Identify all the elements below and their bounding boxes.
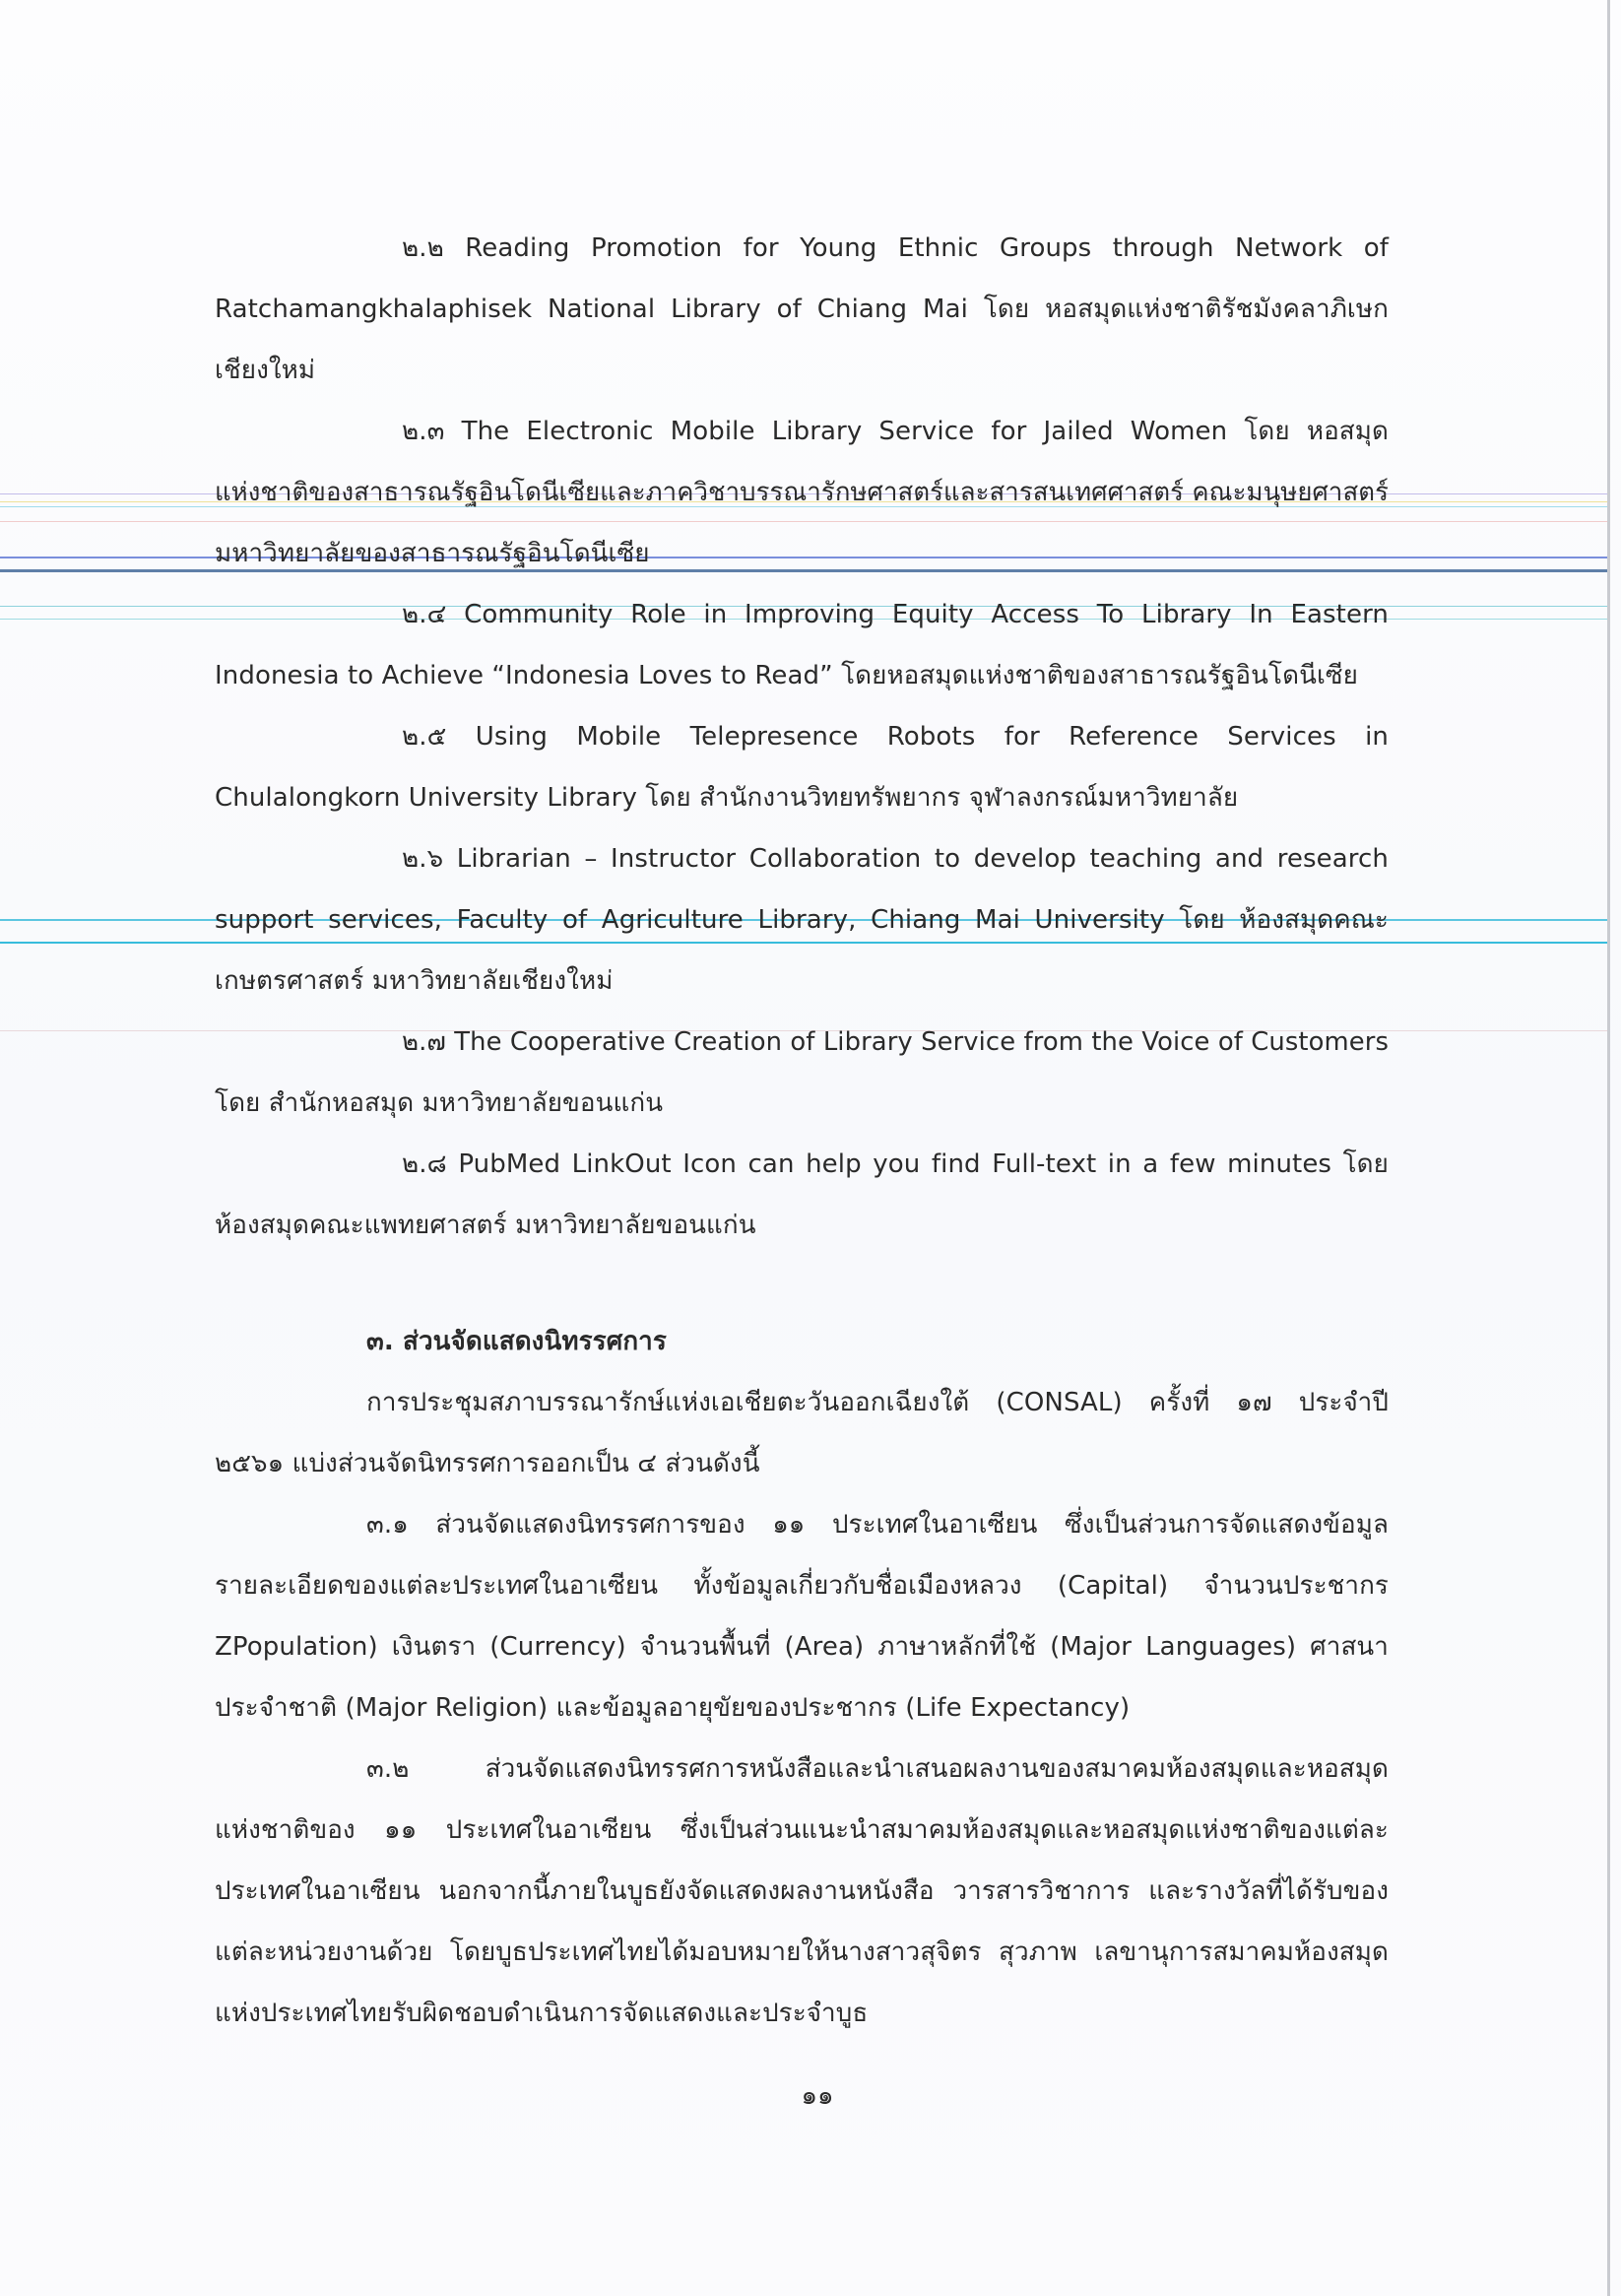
item-3-2-line-4: แต่ละหน่วยงานด้วย โดยบูธประเทศไทยได้มอบห… — [215, 1933, 1389, 1972]
document-page: ๒.๒ Reading Promotion for Young Ethnic G… — [0, 0, 1621, 2296]
item-2-3-line-3: มหาวิทยาลัยของสาธารณรัฐอินโดนีเซีย — [215, 534, 1389, 573]
item-2-3-line-1: ๒.๓ The Electronic Mobile Library Servic… — [215, 412, 1389, 451]
item-2-2-line-2: Ratchamangkhalaphisek National Library o… — [215, 290, 1389, 329]
item-2-5-line-1: ๒.๕ Using Mobile Telepresence Robots for… — [215, 717, 1389, 756]
item-2-2-line-1: ๒.๒ Reading Promotion for Young Ethnic G… — [215, 229, 1389, 268]
item-3-1-line-1: ๓.๑ ส่วนจัดแสดงนิทรรศการของ ๑๑ ประเทศในอ… — [215, 1505, 1389, 1544]
item-2-4-line-1: ๒.๔ Community Role in Improving Equity A… — [215, 595, 1389, 634]
item-3-2-line-2: แห่งชาติของ ๑๑ ประเทศในอาเซียน ซึ่งเป็นส… — [215, 1810, 1389, 1850]
item-2-6-line-1: ๒.๖ Librarian – Instructor Collaboration… — [215, 839, 1389, 879]
item-2-5-line-2: Chulalongkorn University Library โดย สำน… — [215, 778, 1389, 818]
item-3-2-line-1: ๓.๒ ส่วนจัดแสดงนิทรรศการหนังสือและนำเสนอ… — [215, 1749, 1389, 1789]
section-3-heading: ๓. ส่วนจัดแสดงนิทรรศการ — [215, 1322, 1389, 1361]
scan-artifact-line — [0, 521, 1607, 522]
item-3-2-line-3: ประเทศในอาเซียน นอกจากนี้ภายในบูธยังจัดแ… — [215, 1871, 1389, 1911]
item-2-8-line-1: ๒.๘ PubMed LinkOut Icon can help you fin… — [215, 1145, 1389, 1184]
page-number: ๑๑ — [778, 2076, 857, 2116]
page-edge-shadow — [1607, 0, 1610, 2296]
item-2-3-line-2: แห่งชาติของสาธารณรัฐอินโดนีเซียและภาควิช… — [215, 473, 1389, 512]
item-2-7-line-2: โดย สำนักหอสมุด มหาวิทยาลัยขอนแก่น — [215, 1083, 1389, 1123]
item-3-1-line-2: รายละเอียดของแต่ละประเทศในอาเซียน ทั้งข้… — [215, 1566, 1389, 1606]
item-2-6-line-3: เกษตรศาสตร์ มหาวิทยาลัยเชียงใหม่ — [215, 961, 1389, 1001]
item-2-7-line-1: ๒.๗ The Cooperative Creation of Library … — [215, 1022, 1389, 1062]
section-3-intro-line-1: การประชุมสภาบรรณารักษ์แห่งเอเชียตะวันออก… — [215, 1383, 1389, 1422]
scan-artifact-line — [0, 942, 1607, 944]
item-3-1-line-3: ZPopulation) เงินตรา (Currency) จำนวนพื้… — [215, 1627, 1389, 1667]
item-2-6-line-2: support services, Faculty of Agriculture… — [215, 900, 1389, 940]
item-2-8-line-2: ห้องสมุดคณะแพทยศาสตร์ มหาวิทยาลัยขอนแก่น — [215, 1206, 1389, 1245]
item-3-2-line-5: แห่งประเทศไทยรับผิดชอบดำเนินการจัดแสดงแล… — [215, 1994, 1389, 2033]
item-3-1-line-4: ประจำชาติ (Major Religion) และข้อมูลอายุ… — [215, 1688, 1389, 1728]
item-2-2-line-3: เชียงใหม่ — [215, 351, 1389, 390]
section-3-intro-line-2: ๒๕๖๑ แบ่งส่วนจัดนิทรรศการออกเป็น ๔ ส่วนด… — [215, 1444, 1389, 1483]
item-2-4-line-2: Indonesia to Achieve “Indonesia Loves to… — [215, 656, 1389, 695]
